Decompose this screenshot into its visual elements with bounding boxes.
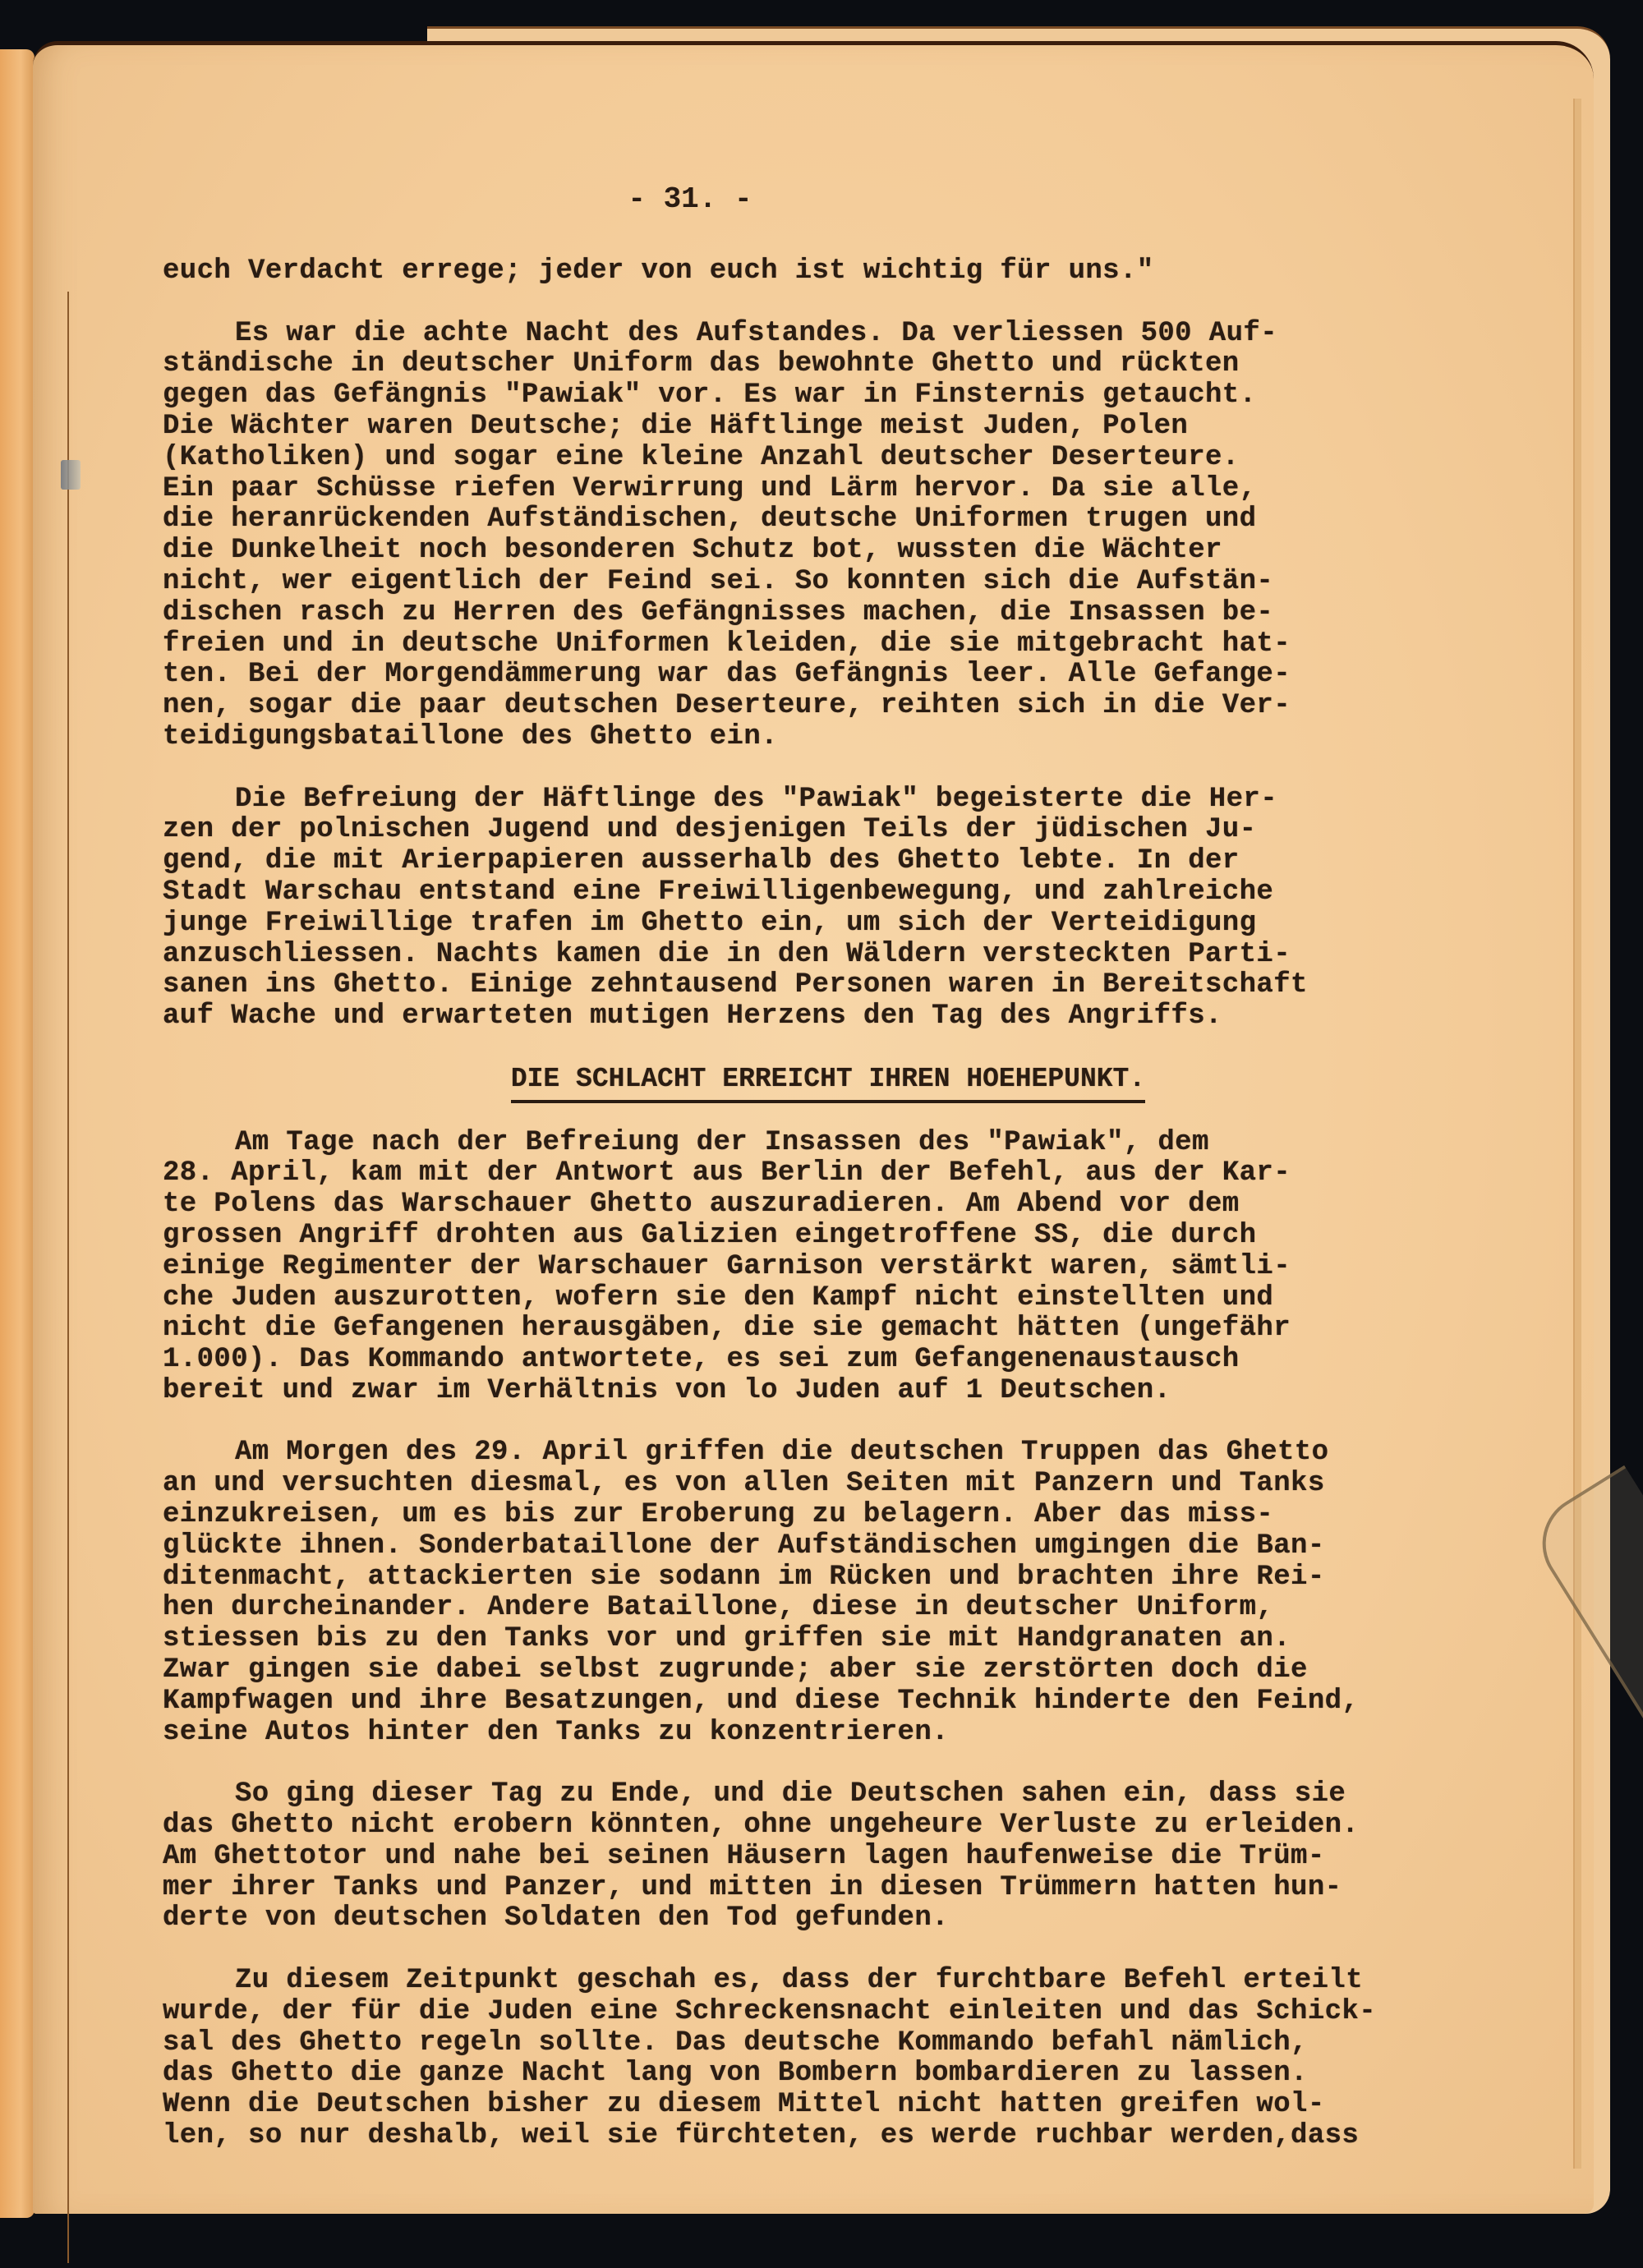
- text-line: bereit und zwar im Verhältnis von lo Jud…: [163, 1376, 1461, 1407]
- text-line: te Polens das Warschauer Ghetto auszurad…: [163, 1189, 1461, 1221]
- text-line: die Dunkelheit noch besonderen Schutz bo…: [163, 536, 1461, 567]
- text-line: Zu diesem Zeitpunkt geschah es, dass der…: [163, 1966, 1461, 1997]
- text-line: auf Wache und erwarteten mutigen Herzens…: [163, 1001, 1461, 1033]
- text-line: freien und in deutsche Uniformen kleiden…: [163, 629, 1461, 660]
- text-line: glückte ihnen. Sonderbataillone der Aufs…: [163, 1531, 1461, 1562]
- text-line: nicht die Gefangenen herausgäben, die si…: [163, 1313, 1461, 1345]
- text-line: Am Tage nach der Befreiung der Insassen …: [163, 1128, 1461, 1159]
- text-line: len, so nur deshalb, weil sie fürchteten…: [163, 2121, 1461, 2152]
- text-line: 28. April, kam mit der Antwort aus Berli…: [163, 1158, 1461, 1189]
- paragraph-5: So ging dieser Tag zu Ende, und die Deut…: [163, 1779, 1461, 1934]
- text-line: junge Freiwillige trafen im Ghetto ein, …: [163, 909, 1461, 940]
- text-line: einige Regimenter der Warschauer Garniso…: [163, 1252, 1461, 1283]
- text-line: einzukreisen, um es bis zur Eroberung zu…: [163, 1500, 1461, 1531]
- text-line: mer ihrer Tanks und Panzer, und mitten i…: [163, 1873, 1461, 1904]
- text-line: Es war die achte Nacht des Aufstandes. D…: [163, 319, 1461, 350]
- text-line: (Katholiken) und sogar eine kleine Anzah…: [163, 443, 1461, 474]
- typed-text-body: euch Verdacht errege; jeder von euch ist…: [163, 256, 1461, 2183]
- text-line: ditenmacht, attackierten sie sodann im R…: [163, 1562, 1461, 1594]
- paragraph-2: Die Befreiung der Häftlinge des "Pawiak"…: [163, 784, 1461, 1033]
- text-line: Am Morgen des 29. April griffen die deut…: [163, 1438, 1461, 1469]
- paragraph-3: Am Tage nach der Befreiung der Insassen …: [163, 1128, 1461, 1407]
- text-line: zen der polnischen Jugend und desjenigen…: [163, 815, 1461, 846]
- staple-icon: [61, 460, 81, 490]
- section-heading: DIE SCHLACHT ERREICHT IHREN HOEHEPUNKT.: [163, 1064, 1461, 1103]
- text-line: das Ghetto die ganze Nacht lang von Bomb…: [163, 2059, 1461, 2090]
- text-line: gend, die mit Arierpapieren ausserhalb d…: [163, 846, 1461, 877]
- text-line: an und versuchten diesmal, es von allen …: [163, 1469, 1461, 1500]
- binding-fold: [67, 292, 69, 2263]
- text-line: Wenn die Deutschen bisher zu diesem Mitt…: [163, 2090, 1461, 2121]
- opening-line: euch Verdacht errege; jeder von euch ist…: [163, 256, 1461, 288]
- text-line: stiessen bis zu den Tanks vor und griffe…: [163, 1624, 1461, 1655]
- text-line: 1.000). Das Kommando antwortete, es sei …: [163, 1345, 1461, 1376]
- text-line: Kampfwagen und ihre Besatzungen, und die…: [163, 1686, 1461, 1718]
- text-line: gegen das Gefängnis "Pawiak" vor. Es war…: [163, 380, 1461, 412]
- text-line: che Juden auszurotten, wofern sie den Ka…: [163, 1283, 1461, 1314]
- page-edge-fold: [1573, 99, 1581, 2169]
- paragraph-4: Am Morgen des 29. April griffen die deut…: [163, 1438, 1461, 1748]
- text-line: ten. Bei der Morgendämmerung war das Gef…: [163, 660, 1461, 691]
- text-line: die heranrückenden Aufständischen, deuts…: [163, 504, 1461, 536]
- text-line: seine Autos hinter den Tanks zu konzentr…: [163, 1718, 1461, 1749]
- text-line: Zwar gingen sie dabei selbst zugrunde; a…: [163, 1655, 1461, 1686]
- paragraph-1: Es war die achte Nacht des Aufstandes. D…: [163, 319, 1461, 753]
- paragraph-6: Zu diesem Zeitpunkt geschah es, dass der…: [163, 1966, 1461, 2152]
- text-line: Die Wächter waren Deutsche; die Häftling…: [163, 412, 1461, 443]
- text-line: So ging dieser Tag zu Ende, und die Deut…: [163, 1779, 1461, 1810]
- text-line: teidigungsbataillone des Ghetto ein.: [163, 722, 1461, 753]
- text-line: derte von deutschen Soldaten den Tod gef…: [163, 1903, 1461, 1934]
- text-line: ständische in deutscher Uniform das bewo…: [163, 349, 1461, 380]
- previous-page-edge: [0, 49, 35, 2218]
- text-line: sal des Ghetto regeln sollte. Das deutsc…: [163, 2028, 1461, 2059]
- text-line: Am Ghettotor und nahe bei seinen Häusern…: [163, 1842, 1461, 1873]
- text-line: nicht, wer eigentlich der Feind sei. So …: [163, 567, 1461, 598]
- text-line: nen, sogar die paar deutschen Deserteure…: [163, 691, 1461, 722]
- text-line: Stadt Warschau entstand eine Freiwillige…: [163, 877, 1461, 909]
- text-line: dischen rasch zu Herren des Gefängnisses…: [163, 598, 1461, 629]
- page-number: - 31. -: [608, 182, 772, 216]
- text-line: anzuschliessen. Nachts kamen die in den …: [163, 940, 1461, 971]
- text-line: euch Verdacht errege; jeder von euch ist…: [163, 256, 1461, 288]
- text-line: grossen Angriff drohten aus Galizien ein…: [163, 1221, 1461, 1252]
- text-line: sanen ins Ghetto. Einige zehntausend Per…: [163, 970, 1461, 1001]
- text-line: Ein paar Schüsse riefen Verwirrung und L…: [163, 474, 1461, 505]
- text-line: hen durcheinander. Andere Bataillone, di…: [163, 1593, 1461, 1624]
- text-line: wurde, der für die Juden eine Schreckens…: [163, 1997, 1461, 2028]
- section-heading-text: DIE SCHLACHT ERREICHT IHREN HOEHEPUNKT.: [511, 1064, 1145, 1103]
- text-line: Die Befreiung der Häftlinge des "Pawiak"…: [163, 784, 1461, 816]
- text-line: das Ghetto nicht erobern könnten, ohne u…: [163, 1810, 1461, 1842]
